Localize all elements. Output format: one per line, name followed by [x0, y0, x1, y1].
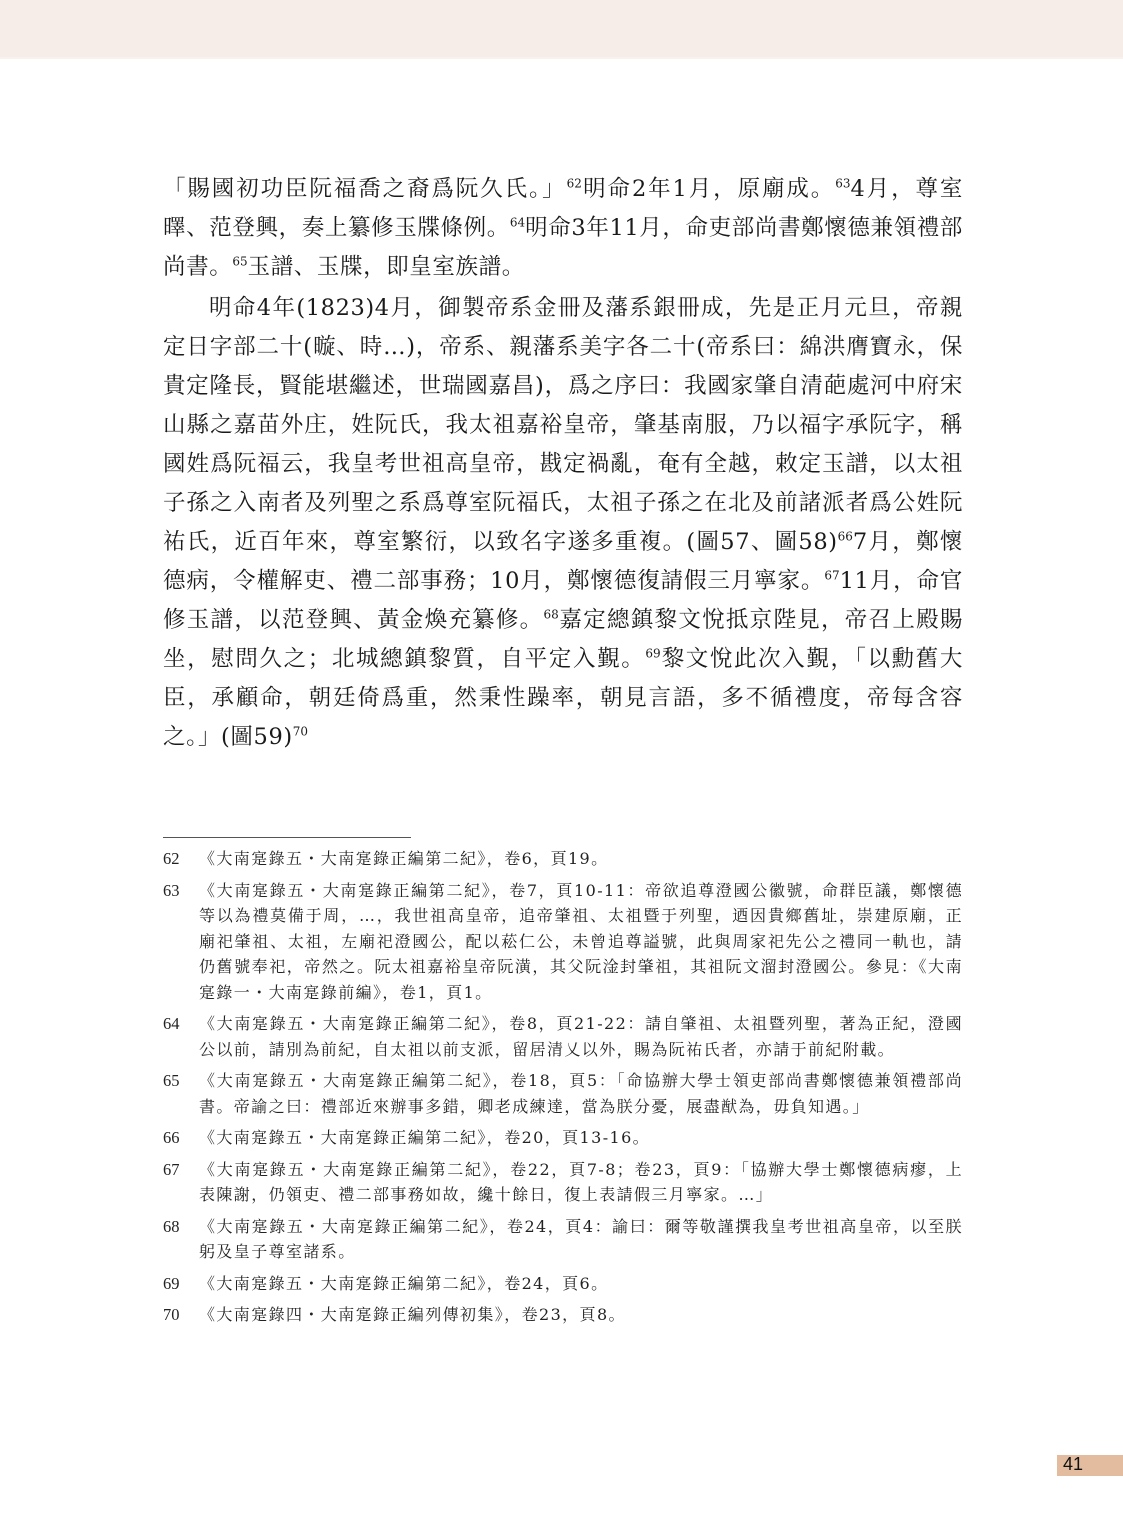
footnote: 67 《大南寔錄五・大南寔錄正編第二紀》，卷22，頁7-8；卷23，頁9：「協辦…: [163, 1157, 963, 1208]
text-run: 明命4年(1823)4月，御製帝系金冊及藩系銀冊成，先是正月元旦，帝親定日字部二…: [163, 295, 963, 555]
footnote-text: 《大南寔錄四・大南寔錄正編列傳初集》，卷23，頁8。: [199, 1302, 963, 1328]
footnote-ref[interactable]: 67: [824, 569, 839, 583]
text-run: 明命2年1月，原廟成。: [582, 176, 835, 202]
footnote: 64 《大南寔錄五・大南寔錄正編第二紀》，卷8，頁21-22：請自肇祖、太祖暨列…: [163, 1011, 963, 1062]
footnote-number: 66: [163, 1125, 199, 1151]
footnote-ref[interactable]: 64: [510, 216, 525, 230]
footnote-text: 《大南寔錄五・大南寔錄正編第二紀》，卷18，頁5：「命協辦大學士領吏部尚書鄭懷德…: [199, 1068, 963, 1119]
footnote-number: 68: [163, 1214, 199, 1265]
footnote-text: 《大南寔錄五・大南寔錄正編第二紀》，卷7，頁10-11：帝欲追尊澄國公徽號，命群…: [199, 878, 963, 1006]
paragraph: 明命4年(1823)4月，御製帝系金冊及藩系銀冊成，先是正月元旦，帝親定日字部二…: [163, 289, 963, 757]
footnote-text: 《大南寔錄五・大南寔錄正編第二紀》，卷6，頁19。: [199, 846, 963, 872]
footnote-text: 《大南寔錄五・大南寔錄正編第二紀》，卷20，頁13-16。: [199, 1125, 963, 1151]
footnote-number: 69: [163, 1271, 199, 1297]
page-number-box: 41: [1057, 1455, 1123, 1476]
footnote-text: 《大南寔錄五・大南寔錄正編第二紀》，卷24，頁6。: [199, 1271, 963, 1297]
body-text: 「賜國初功臣阮福喬之裔爲阮久氏。」62明命2年1月，原廟成。634月，尊室曎、范…: [163, 170, 963, 757]
footnote-ref[interactable]: 69: [645, 647, 660, 661]
footnote-text: 《大南寔錄五・大南寔錄正編第二紀》，卷8，頁21-22：請自肇祖、太祖暨列聖，著…: [199, 1011, 963, 1062]
footnote-text: 《大南寔錄五・大南寔錄正編第二紀》，卷24，頁4：諭曰：爾等敬謹撰我皇考世祖高皇…: [199, 1214, 963, 1265]
footnote: 70 《大南寔錄四・大南寔錄正編列傳初集》，卷23，頁8。: [163, 1302, 963, 1328]
text-run: 玉譜、玉牒，即皇室族譜。: [248, 254, 525, 280]
footnote-ref[interactable]: 62: [567, 177, 582, 191]
footnote-number: 65: [163, 1068, 199, 1119]
footnote: 66 《大南寔錄五・大南寔錄正編第二紀》，卷20，頁13-16。: [163, 1125, 963, 1151]
footnote-number: 64: [163, 1011, 199, 1062]
footnote-ref[interactable]: 70: [293, 725, 308, 739]
footnote-separator: [163, 837, 411, 838]
footnote: 68 《大南寔錄五・大南寔錄正編第二紀》，卷24，頁4：諭曰：爾等敬謹撰我皇考世…: [163, 1214, 963, 1265]
footnote: 65 《大南寔錄五・大南寔錄正編第二紀》，卷18，頁5：「命協辦大學士領吏部尚書…: [163, 1068, 963, 1119]
footnote-number: 67: [163, 1157, 199, 1208]
footnote-text: 《大南寔錄五・大南寔錄正編第二紀》，卷22，頁7-8；卷23，頁9：「協辦大學士…: [199, 1157, 963, 1208]
footnote: 69 《大南寔錄五・大南寔錄正編第二紀》，卷24，頁6。: [163, 1271, 963, 1297]
footnote-ref[interactable]: 66: [838, 530, 853, 544]
header-band: [0, 0, 1123, 59]
footnote-number: 70: [163, 1302, 199, 1328]
footnote: 62 《大南寔錄五・大南寔錄正編第二紀》，卷6，頁19。: [163, 846, 963, 872]
text-run: 「賜國初功臣阮福喬之裔爲阮久氏。」: [163, 176, 567, 202]
page-number: 41: [1063, 1454, 1083, 1475]
footnote-number: 63: [163, 878, 199, 1006]
footnote-number: 62: [163, 846, 199, 872]
footnote-ref[interactable]: 65: [232, 255, 247, 269]
footnote-ref[interactable]: 68: [543, 608, 558, 622]
footnotes: 62 《大南寔錄五・大南寔錄正編第二紀》，卷6，頁19。 63 《大南寔錄五・大…: [163, 846, 963, 1334]
paragraph: 「賜國初功臣阮福喬之裔爲阮久氏。」62明命2年1月，原廟成。634月，尊室曎、范…: [163, 170, 963, 287]
footnote: 63 《大南寔錄五・大南寔錄正編第二紀》，卷7，頁10-11：帝欲追尊澄國公徽號…: [163, 878, 963, 1006]
footnote-ref[interactable]: 63: [835, 177, 850, 191]
